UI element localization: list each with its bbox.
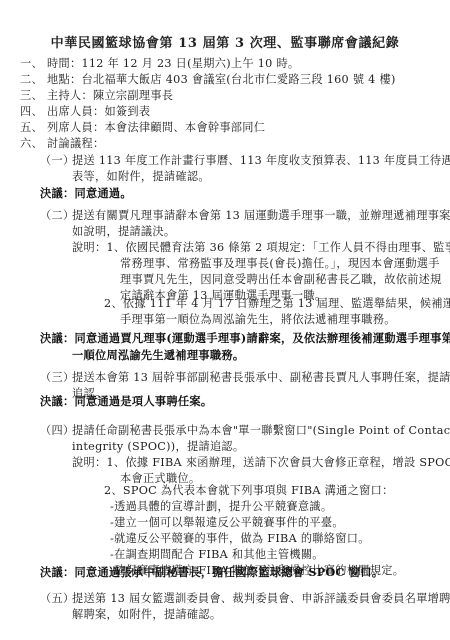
bullet-item: -在調查期間配合 FIBA 和其他主管機關。 (110, 548, 324, 562)
meeting-location: 地點：台北福華大飯店 403 會議室(台北市仁愛路三段 160 號 4 樓) (47, 73, 396, 87)
explanation: 理事賈凡先生，因同意受聘出任本會副秘書長乙職，故依前述規 (120, 273, 442, 287)
item-number: 三、 (20, 89, 43, 103)
item-number: 一、 (20, 57, 43, 71)
observers: 列席人員：本會法律顧問、本會幹事部同仁 (47, 121, 265, 135)
bullet-item: -透過具體的宣導計劃，提升公平競賽意識。 (110, 500, 332, 514)
explanation: 手理事第一順位為周泓諭先生，將依法遞補理事職務。 (120, 313, 396, 327)
item-number: 四、 (20, 105, 43, 119)
explanation: 常務理事、常務監事及理事長(會長)擔任。」，現因本會運動選手 (120, 257, 440, 271)
agenda-number: （三） (40, 371, 74, 385)
meeting-minutes-page: 中華民國籃球協會第 13 屆第 3 次理、監事聯席會議紀錄 一、 時間：112 … (0, 0, 450, 640)
agenda-text: 解聘案，如附件，提請確認。 (72, 608, 221, 622)
explanation: 2、SPOC 為代表本會就下列事項與 FIBA 溝通之窗口： (104, 484, 394, 498)
bullet-item: -就違反公平競賽的事件，做為 FIBA 的聯絡窗口。 (110, 532, 370, 546)
meeting-time: 時間：112 年 12 月 23 日(星期六)上午 10 時。 (47, 57, 299, 71)
item-number: 六、 (20, 137, 43, 151)
agenda-number: （四） (40, 424, 74, 438)
agenda-heading: 討論議程： (47, 137, 104, 151)
bullet-item: -建立一個可以舉報違反公平競賽事件的平臺。 (110, 516, 344, 530)
explanation: 說明：1、依據 FIBA 來函辦理，送請下次會員大會修正章程，增設 SPOC 為 (72, 456, 450, 470)
agenda-number: （五） (40, 592, 74, 606)
agenda-text: 提送本會第 13 屆幹事部副秘書長張承中、副秘書長賈凡人事聘任案，提請 (72, 371, 450, 385)
agenda-text: 提送有關賈凡理事請辭本會第 13 屆運動選手理事一職，並辦理遞補理事案， (72, 209, 450, 223)
agenda-text: 提送第 13 屆女籃選訓委員會、裁判委員會、申訴評議委員會委員名單增聘及 (72, 592, 450, 606)
agenda-number: （二） (40, 209, 74, 223)
item-number: 二、 (20, 73, 43, 87)
item-number: 五、 (20, 121, 43, 135)
resolution: 一順位周泓諭先生遞補理事職務。 (72, 348, 244, 362)
resolution: 決議：同意通過張承中副秘書長，擔任國際籃球總會 SPOC 窗口。 (40, 565, 383, 579)
resolution: 決議：同意通過是項人事聘任案。 (40, 394, 212, 408)
resolution: 決議：同意通過。 (40, 186, 132, 200)
explanation: 說明：1、依國民體育法第 36 條第 2 項規定：「工作人員不得由理事、監事、 (72, 241, 450, 255)
agenda-text: 表等，如附件，提請確認。 (72, 170, 210, 184)
attendees: 出席人員：如簽到表 (47, 105, 150, 119)
meeting-chair: 主持人：陳立宗副理事長 (47, 89, 173, 103)
agenda-number: （一） (40, 154, 74, 168)
agenda-text: integrity (SPOC))，提請追認。 (72, 440, 244, 454)
resolution: 決議：同意通過賈凡理事(運動選手理事)請辭案，及依法辦理後補運動選手理事第 (40, 331, 450, 345)
agenda-text: 提請任命副秘書長張承中為本會"單一聯繫窗口"(Single Point of C… (72, 424, 450, 438)
document-title: 中華民國籃球協會第 13 屆第 3 次理、監事聯席會議紀錄 (0, 32, 450, 51)
agenda-text: 提送 113 年度工作計畫行事曆、113 年度收支預算表、113 年度員工待遇 (72, 154, 450, 168)
agenda-text: 如說明，提請議決。 (72, 225, 175, 239)
explanation: 2、依據 111 年 4 月 17 日辦理之第 13 屆理、監選舉結果，候補運動… (104, 297, 450, 311)
